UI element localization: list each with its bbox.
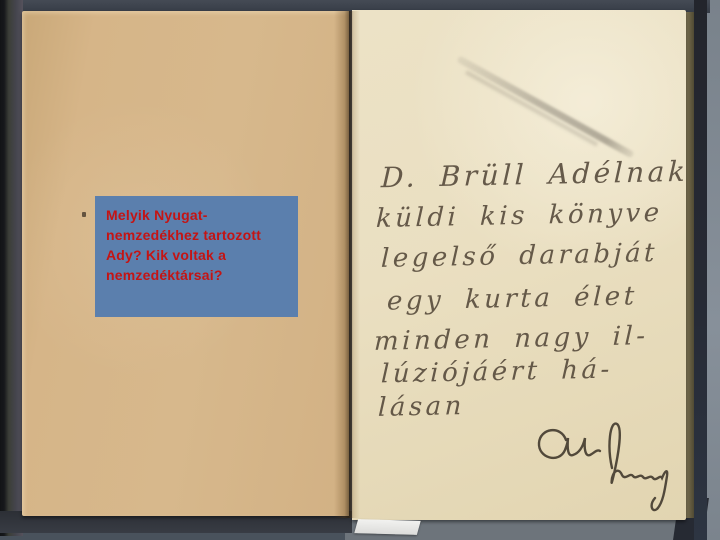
question-line: Melyik Nyugat- (106, 205, 298, 225)
table-surface-right (706, 0, 720, 540)
handwriting-line: legelső darabját (381, 238, 659, 274)
book-cover-right-edge (694, 0, 707, 540)
question-textbox: Melyik Nyugat- nemzedékhez tartozott Ady… (95, 196, 298, 317)
handwriting-line: minden nagy il- (374, 321, 649, 357)
book-gutter (334, 11, 360, 518)
question-line: nemzedéktársai? (106, 265, 298, 285)
handwriting-line: egy kurta élet (387, 281, 639, 316)
book-cover-left-edge (0, 0, 23, 536)
ady-signature (533, 412, 678, 520)
paper-slip (354, 519, 420, 535)
handwriting-line: lásan (378, 391, 466, 423)
handwriting-line: küldi kis könyve (376, 198, 664, 234)
question-line: Ady? Kik voltak a (106, 245, 298, 265)
handwriting-line: D. Brüll Adélnak (381, 155, 689, 194)
handwriting-line: lúziójáért há- (381, 355, 614, 390)
bullet-dot (82, 212, 86, 217)
question-line: nemzedékhez tartozott (106, 225, 298, 245)
slide-canvas: D. Brüll Adélnak küldi kis könyve legels… (0, 0, 720, 540)
